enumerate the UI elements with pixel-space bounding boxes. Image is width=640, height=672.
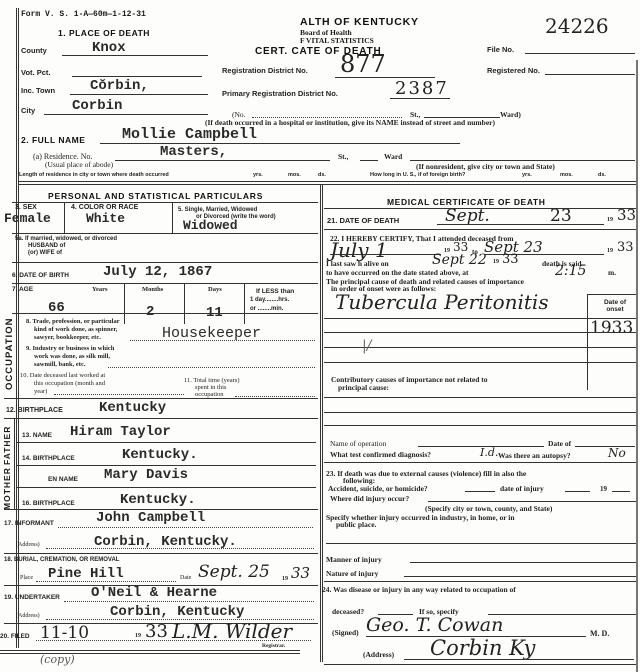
city-label: City (21, 106, 35, 115)
ward-label: Ward) (500, 110, 521, 119)
registered-no-line (545, 74, 635, 75)
section-divider-top-2 (18, 184, 638, 185)
row-line-9 (16, 487, 316, 488)
mother-name-value: Mary Davis (104, 467, 188, 483)
specify-city-label: (Specify city or town, county, and State… (425, 504, 552, 513)
injury-date-line (565, 491, 590, 492)
sex-label: 3. SEX (15, 204, 37, 211)
cause-line-1 (324, 318, 638, 319)
father-name-value: Hiram Taylor (70, 424, 171, 440)
last-worked-label-2: this occupation (month and (34, 380, 105, 387)
attended-from-line (330, 254, 440, 255)
if-so-line (488, 614, 636, 615)
residence-ward-label: Ward (384, 152, 402, 161)
last-worked-line (54, 394, 184, 395)
full-name-label: 2. FULL NAME (21, 135, 85, 145)
last-saw-label: I last saw h alive on (326, 259, 389, 268)
undertaker-address: Corbin, Kentucky (110, 604, 244, 620)
contributory-label-2: principal cause: (338, 383, 389, 392)
father-birthplace-label: 14. BIRTHPLACE (22, 455, 75, 462)
manner-label: Manner of injury (326, 555, 382, 564)
accident-line (465, 491, 495, 492)
row-line-7 (16, 442, 316, 443)
birthplace-value: Kentucky (99, 400, 166, 416)
spouse-label-2: HUSBAND of (28, 243, 65, 249)
burial-year-prefix: 19 (282, 576, 288, 582)
nature-row-line (324, 581, 638, 582)
last-saw-year: 33 (502, 252, 519, 267)
filed-year: 33 (145, 621, 168, 642)
principal-cause: Tubercula Peritonitis (335, 290, 549, 314)
race-value: White (86, 211, 125, 226)
industry-label: 9. Industry or business in which (26, 345, 114, 352)
autopsy-label: Was there an autopsy? (498, 451, 571, 460)
specify-where-label-2: public place. (336, 520, 376, 529)
last-saw-value: Sept 22 (432, 252, 487, 268)
informant-address-label: (Address) (16, 542, 40, 548)
age-days-divider (244, 284, 245, 324)
less-than-label: If LESS than (256, 288, 294, 295)
informant-name: John Campbell (96, 510, 205, 526)
medical-bottom-line (324, 664, 638, 665)
residence-sub-label: (Usual place of abode) (45, 160, 113, 169)
registered-no-label: Registered No. (487, 66, 540, 75)
length-yrs-label: yrs. (253, 172, 263, 178)
trade-label: 8. Trade, profession, or particular (26, 318, 120, 325)
bureau-vital-statistics: F VITAL STATISTICS (300, 36, 374, 45)
mother-side-label: MOTHER (2, 467, 12, 510)
occ-related-label: 24. Was disease or injury in any way rel… (322, 585, 516, 594)
undertaker-line (64, 601, 314, 602)
cause-line-2 (324, 332, 638, 333)
last-worked-label: 10. Date deceased last worked at (20, 372, 105, 379)
undertaker-label: 19. UNDERTAKER (4, 594, 60, 601)
onset-header-top (587, 294, 638, 295)
registrar-label: Registrar. (262, 643, 285, 649)
center-divider (320, 184, 321, 662)
less-day-label: 1 day........hrs. (250, 297, 289, 303)
manner-line (410, 562, 636, 563)
dob-value: July 12, 1867 (103, 264, 212, 280)
date-of-death-row-line (324, 229, 638, 230)
registration-district-value: 877 (340, 50, 386, 78)
residence-st-line (360, 160, 378, 161)
occupation-side-border (16, 313, 17, 395)
nature-label: Nature of injury (326, 569, 378, 578)
row-line-6 (4, 418, 318, 419)
personal-section-title: PERSONAL AND STATISTICAL PARTICULARS (48, 191, 263, 201)
filed-year-prefix: 19 (135, 633, 141, 639)
age-years-label: Years (92, 286, 108, 293)
injury-year-prefix: 19 (600, 485, 607, 493)
attended-to-year: 33 (617, 240, 634, 255)
full-name-line (100, 143, 460, 144)
onset-date: 1933 (590, 318, 633, 338)
burial-place-label: Place (20, 575, 33, 581)
row-line-2 (12, 262, 318, 263)
informant-address: Corbin, Kentucky. (94, 534, 237, 550)
physician-address: Corbin Ky (430, 636, 535, 660)
m-label: m. (608, 268, 616, 277)
deceased-label: deceased? (332, 607, 364, 616)
form-id: Form V. S. 1-A—60m—1-12-31 (21, 10, 146, 19)
filed-label: 20. FILED (0, 633, 30, 640)
right-scan-edge (636, 60, 638, 672)
row-line-1 (12, 233, 318, 234)
date-of-death-line (437, 224, 604, 225)
sex-value: Female (4, 211, 51, 226)
mother-birthplace-value: Kentucky. (120, 492, 196, 508)
row-line-5 (4, 398, 318, 399)
total-time-label: 11. Total time (years) (184, 377, 240, 384)
informant-line (58, 527, 313, 528)
marital-label: 5. Single, Married, Widowed (178, 207, 257, 213)
state-title: ALTH OF KENTUCKY (300, 16, 419, 28)
county-value: Knox (92, 40, 126, 56)
test-row-line (324, 462, 638, 463)
city-line (44, 114, 208, 115)
length-ds-label: ds. (318, 172, 326, 178)
primary-registration-label: Primary Registration District No. (222, 89, 338, 98)
autopsy-value: No (608, 446, 626, 460)
death-certificate: Form V. S. 1-A—60m—1-12-31 1. PLACE OF D… (0, 0, 640, 672)
place-of-death-heading: 1. PLACE OF DEATH (58, 28, 150, 38)
burial-date-value: Sept. 25 (198, 562, 270, 582)
burial-label: 18. BURIAL, CREMATION, OR REMOVAL (4, 557, 119, 563)
row-line-11 (4, 553, 318, 554)
dob-label: 6. DATE OF BIRTH (12, 272, 69, 279)
row-line-4 (12, 313, 318, 314)
date-of-death-month: Sept. (445, 206, 490, 226)
onset-column-divider (587, 294, 588, 390)
bottom-line (0, 650, 300, 651)
nature-line (404, 576, 636, 577)
cause-line-4 (324, 362, 638, 363)
total-time-label-2: spent in this (195, 384, 226, 391)
inc-town-line (70, 94, 208, 95)
inc-town-label: Inc. Town (21, 86, 55, 95)
section-divider-top (18, 181, 638, 182)
test-label: What test confirmed diagnosis? (330, 450, 431, 459)
injury-date-label: date of injury (500, 484, 544, 493)
time-value: 2:15 (555, 263, 586, 279)
last-worked-label-3: year) (34, 388, 47, 395)
foreign-mos-label: mos. (560, 172, 573, 178)
father-side-label: FATHER (2, 426, 12, 465)
industry-line (108, 367, 315, 368)
where-line (428, 501, 638, 502)
occurred-label: to have occurred on the date stated abov… (326, 268, 469, 277)
trade-label-3: sawyer, bookkeeper, etc. (34, 334, 101, 341)
county-line (62, 55, 208, 56)
physician-address-label: (Address) (363, 650, 394, 659)
county-label: County (21, 46, 47, 55)
race-marital-divider (172, 203, 173, 233)
occupation-side-label: OCCUPATION (4, 318, 15, 390)
primary-registration-line (390, 98, 450, 99)
specify-line (326, 543, 636, 544)
age-label: 7. AGE (12, 286, 33, 293)
undertaker-name: O'Neil & Hearne (91, 585, 217, 601)
injury-year-line (612, 491, 630, 492)
foreign-ds-label: ds. (598, 172, 606, 178)
test-value: I.d. (480, 446, 498, 459)
residence-value: Masters, (160, 144, 227, 160)
vot-pct-label: Vot. Pct. (21, 68, 50, 77)
last-saw-year-prefix: 19 (493, 259, 499, 265)
physician-signature: Geo. T. Cowan (366, 614, 503, 636)
undertaker-address-label: (Address) (16, 613, 40, 619)
inc-town-value: Cŏrbin, (90, 78, 149, 94)
contributory-line-2 (324, 412, 638, 413)
length-residence-label: Length of residence in city or town wher… (19, 172, 169, 178)
date-of-onset-label: Date of onset (595, 299, 635, 313)
accident-label: Accident, suicide, or homicide? (328, 484, 428, 493)
marital-value: Widowed (183, 218, 238, 233)
row-line-3 (12, 283, 318, 284)
parents-side-border (14, 418, 15, 510)
operation-date-line (575, 446, 635, 447)
full-name-value: Mollie Campbell (122, 126, 257, 143)
birthplace-label: 12. BIRTHPLACE (6, 407, 63, 414)
contributory-line-3 (324, 425, 638, 426)
race-label: 4. COLOR OR RACE (71, 204, 138, 211)
date-of-death-day: 23 (550, 206, 572, 226)
file-no-label: File No. (487, 45, 514, 54)
spouse-label: 5a. If married, widowed, or divorced (15, 236, 117, 242)
primary-registration-value: 2387 (395, 78, 449, 99)
burial-year-value: 33 (291, 564, 310, 582)
age-months-value: 2 (146, 304, 154, 320)
father-birthplace-value: Kentucky. (122, 447, 198, 463)
vot-pct-line (72, 76, 202, 77)
mother-birthplace-label: 16. BIRTHPLACE (22, 500, 75, 507)
informant-label: 17. INFORMANT (4, 520, 54, 527)
city-value: Corbin (72, 98, 122, 114)
spouse-label-3: (or) WIFE of (28, 250, 62, 256)
cause-mark: |/ (362, 338, 371, 354)
total-time-line (235, 396, 315, 397)
signed-label: (Signed) (332, 628, 359, 637)
industry-label-2: work was done, as silk mill, (34, 353, 110, 360)
burial-date-label: Date (180, 575, 191, 581)
length-mos-label: mos. (288, 172, 301, 178)
footer-note: (copy) (40, 653, 75, 666)
less-min-label: or ........min. (250, 306, 283, 312)
residence-st-label: St., (338, 152, 348, 161)
left-border-inner (18, 8, 19, 648)
death-year-prefix: 19 (607, 217, 613, 223)
physician-address-line (404, 659, 634, 660)
industry-label-3: sawmill, bank, etc. (34, 361, 85, 368)
burial-place-line (36, 581, 176, 582)
trade-label-2: kind of work done, as spinner, (34, 326, 117, 333)
burial-place-value: Pine Hill (48, 566, 124, 582)
date-of-death-year: 33 (617, 206, 636, 224)
foreign-birth-label: How long in U. S., if of foreign birth? (370, 172, 465, 178)
md-label: M. D. (590, 629, 609, 638)
date-of-death-label: 21. DATE OF DEATH (327, 216, 399, 225)
residence-ward-line (410, 160, 635, 161)
nonresident-note: (If nonresident, give city or town and S… (416, 162, 555, 171)
total-time-label-3: occupation (195, 391, 224, 398)
certificate-number: 24226 (545, 14, 609, 38)
mother-name-label: EN NAME (48, 476, 78, 483)
contributory-line-1 (324, 397, 638, 398)
age-months-label: Months (142, 286, 163, 293)
attended-to-year-prefix: 19 (607, 248, 613, 254)
trade-value: Housekeeper (162, 325, 261, 342)
age-years-divider (124, 284, 125, 324)
father-name-label: 13. NAME (22, 432, 52, 439)
age-days-label: Days (208, 286, 222, 293)
operation-label: Name of operation (330, 439, 386, 448)
where-label: Where did injury occur? (330, 494, 409, 503)
file-no-line (525, 53, 635, 54)
registrar-signature: L.M. Wilder (172, 619, 292, 643)
sex-race-divider (64, 203, 65, 233)
registration-district-label: Registration District No. (222, 66, 308, 75)
residence-line (115, 160, 330, 161)
row-line-8 (16, 465, 316, 466)
personal-title-line (12, 202, 318, 203)
age-months-divider (184, 284, 185, 324)
foreign-yrs-label: yrs. (522, 172, 532, 178)
operation-date-label: Date of (548, 439, 571, 448)
